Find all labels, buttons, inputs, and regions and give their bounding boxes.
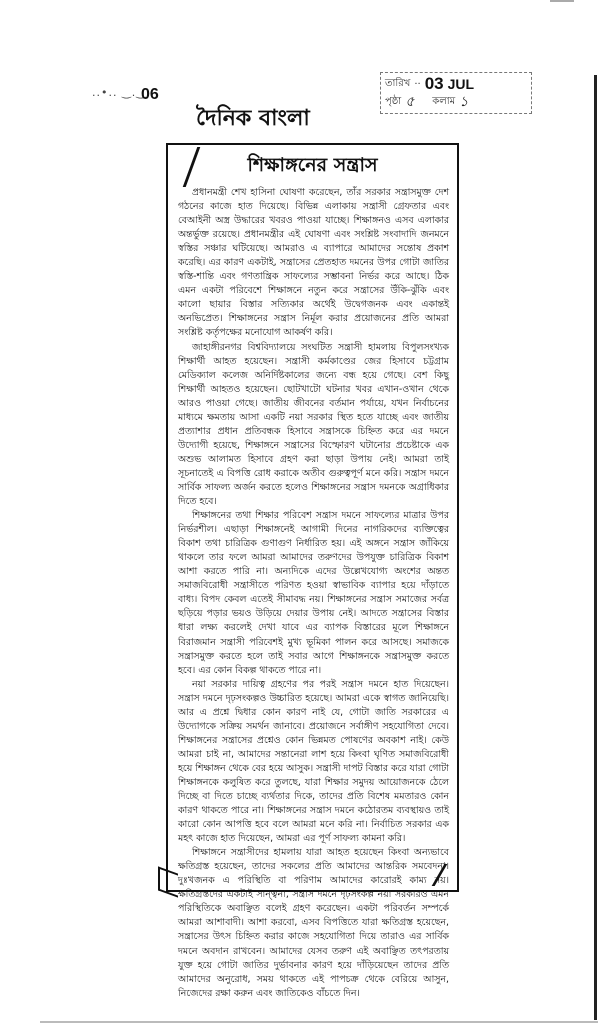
article-paragraph: শিক্ষাঙ্গনের তথা শিক্ষার পরিবেশ সন্ত্রাস… bbox=[178, 509, 449, 678]
article-paragraph: নয়া সরকার দায়িত্ব গ্রহণের পর পরই সন্ত্… bbox=[178, 678, 449, 847]
stamp-date-day: 03 bbox=[425, 74, 444, 94]
archive-stamp: তারিখ ·· 03 JUL পৃষ্ঠা ৫ কলাম ১ bbox=[380, 72, 532, 114]
article-paragraph: শিক্ষাঙ্গনে সন্ত্রাসীদের হামলায় যারা আহ… bbox=[178, 846, 449, 1001]
article-headline: শিক্ষাঙ্গনের সন্ত্রাস bbox=[168, 151, 457, 183]
stamp-page-value: ৫ bbox=[405, 90, 414, 114]
scan-edge-right bbox=[594, 75, 597, 1020]
page-number: 06 bbox=[141, 86, 159, 104]
stamp-column-value: ১ bbox=[459, 90, 468, 114]
newspaper-name: দৈনিক বাংলা bbox=[196, 101, 310, 138]
article-paragraph: জাহাঙ্গীরনগর বিশ্ববিদ্যালয়ে সংঘটিত সন্ত… bbox=[178, 341, 449, 510]
article-paragraph: প্রধানমন্ত্রী শেখ হাসিনা ঘোষণা করেছেন, ত… bbox=[178, 186, 449, 341]
stamp-page-label: পৃষ্ঠা bbox=[385, 94, 401, 111]
article-clipping: শিক্ষাঙ্গনের সন্ত্রাস প্রধানমন্ত্রী শেখ … bbox=[166, 143, 459, 892]
stamp-column-label: কলাম bbox=[432, 94, 455, 111]
article-body: প্রধানমন্ত্রী শেখ হাসিনা ঘোষণা করেছেন, ত… bbox=[168, 186, 457, 1001]
scan-edge-bottom bbox=[40, 1021, 598, 1023]
scan-edge-top bbox=[550, 0, 574, 2]
